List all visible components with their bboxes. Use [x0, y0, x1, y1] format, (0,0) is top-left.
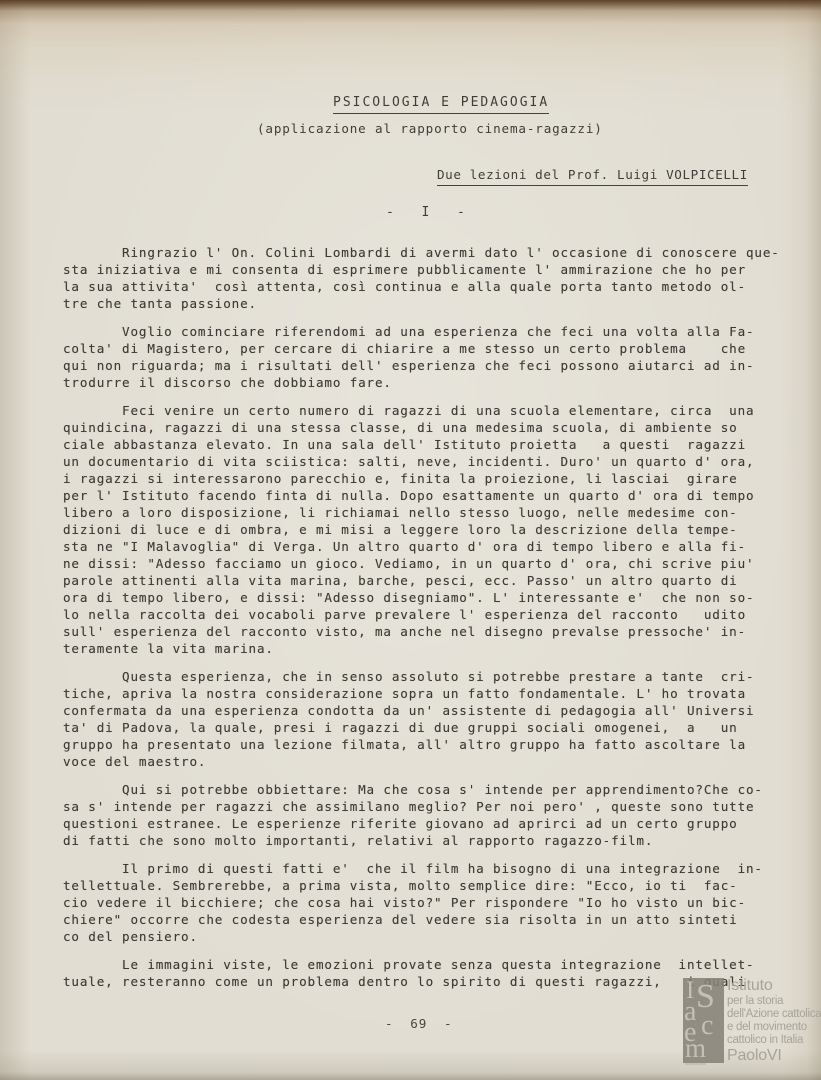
- paragraph: Voglio cominciare riferendomi ad una esp…: [63, 323, 773, 391]
- page-subtitle: (applicazione al rapporto cinema-ragazzi…: [257, 121, 603, 136]
- paragraph: Qui si potrebbe obbiettare: Ma che cosa …: [63, 781, 773, 849]
- scanned-document-page: PSICOLOGIA E PEDAGOGIA (applicazione al …: [0, 0, 821, 1080]
- paragraph: Feci venire un certo numero di ragazzi d…: [63, 402, 773, 657]
- watermark-text-line: cattolico in Italia: [727, 1034, 821, 1047]
- watermark-text-line: e del movimento: [727, 1021, 821, 1034]
- document-body: Ringrazio l' On. Colini Lombardi di aver…: [63, 244, 773, 1001]
- paragraph: Questa esperienza, che in senso assoluto…: [63, 668, 773, 770]
- page-title: PSICOLOGIA E PEDAGOGIA: [333, 95, 549, 114]
- monogram-letter-m: m: [685, 1035, 706, 1065]
- paragraph: Il primo di questi fatti e' che il film …: [63, 860, 773, 945]
- watermark-text-line: dell'Azione cattolica: [727, 1008, 821, 1021]
- watermark-institute-name: Istituto per la storia dell'Azione catto…: [727, 977, 821, 1065]
- section-marker: - I -: [386, 205, 469, 220]
- watermark-text-line: PaoloVI: [727, 1047, 821, 1065]
- page-number: - 69 -: [385, 1016, 452, 1031]
- byline: Due lezioni del Prof. Luigi VOLPICELLI: [437, 167, 748, 186]
- watermark-text-line: Istituto: [727, 977, 821, 995]
- monogram-letter-s: S: [696, 980, 715, 1014]
- watermark-text-line: per la storia: [727, 995, 821, 1008]
- paragraph: Le immagini viste, le emozioni provate s…: [63, 956, 773, 990]
- isacem-monogram-logo: I S a c e m: [683, 978, 724, 1063]
- paragraph: Ringrazio l' On. Colini Lombardi di aver…: [63, 244, 773, 312]
